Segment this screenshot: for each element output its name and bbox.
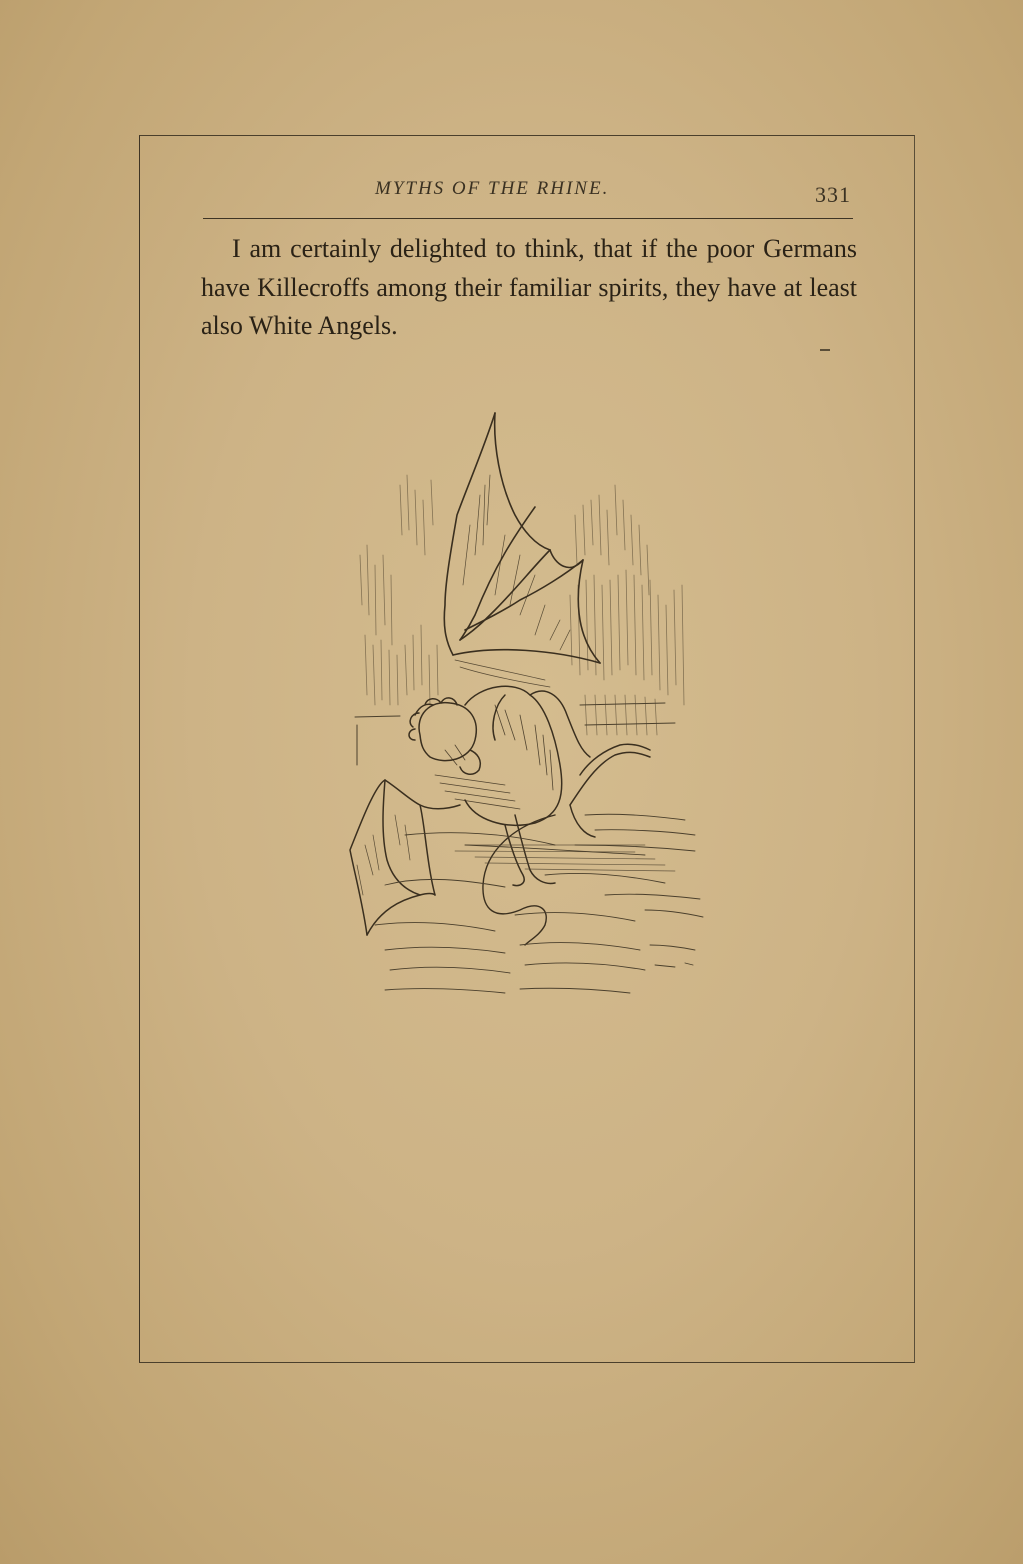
print-speck	[820, 349, 830, 351]
running-head: MYTHS OF THE RHINE. 331	[203, 176, 855, 216]
header-rule	[203, 218, 853, 219]
winged-imp-icon	[345, 405, 710, 1005]
paragraph: I am certainly delighted to think, that …	[201, 230, 857, 346]
imp-engraving-illustration	[345, 405, 710, 1005]
running-head-title: MYTHS OF THE RHINE.	[375, 178, 609, 200]
body-text: I am certainly delighted to think, that …	[201, 230, 857, 346]
page-number: 331	[815, 182, 851, 208]
